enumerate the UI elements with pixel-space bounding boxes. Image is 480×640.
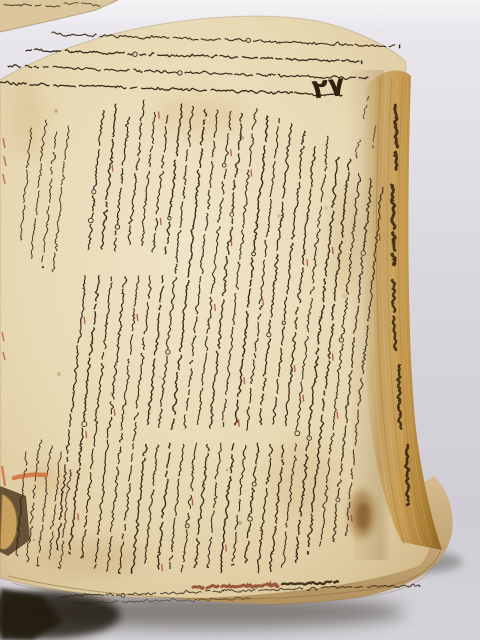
manuscript-photo: ٢٧ (0, 0, 480, 640)
page-number: ٢٧ (310, 71, 347, 105)
photo-canvas: ٢٧ (0, 0, 480, 640)
